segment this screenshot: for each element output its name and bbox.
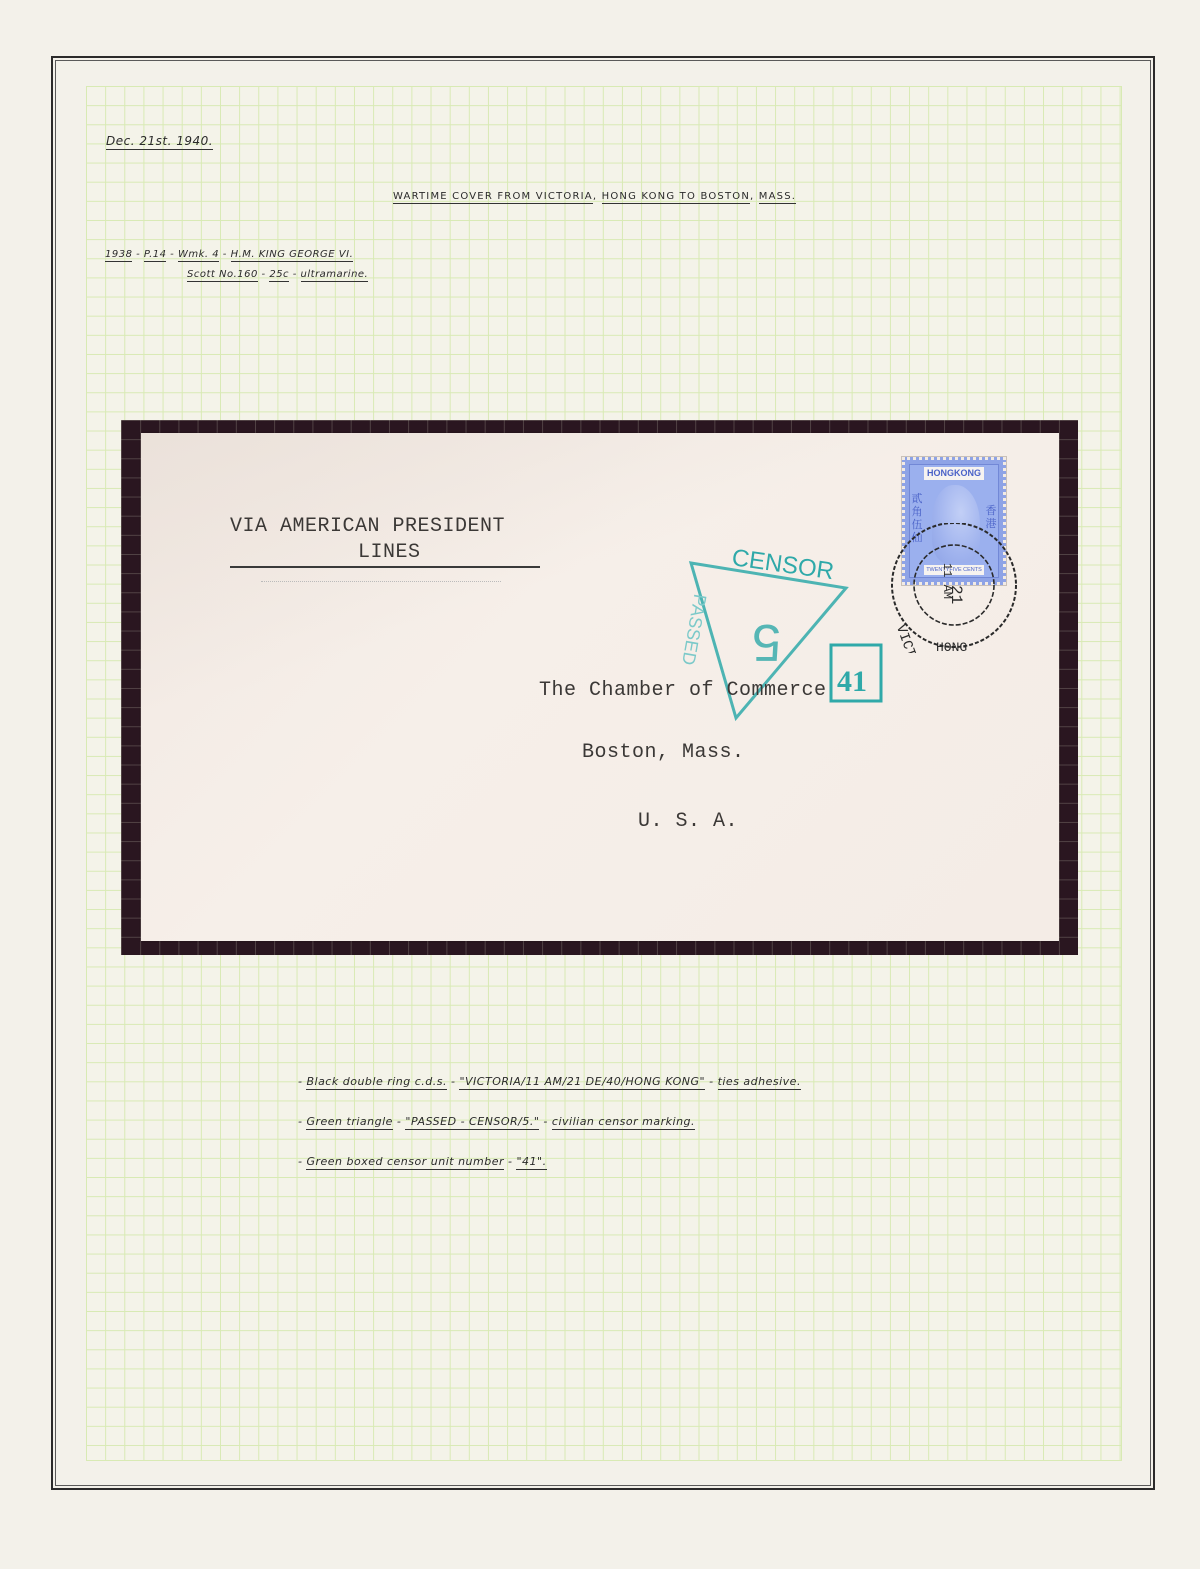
svg-text:PASSED: PASSED (678, 593, 710, 667)
title-part-2: HONG KONG TO BOSTON (602, 191, 750, 204)
address-line-3: U. S. A. (638, 810, 738, 833)
title-part-3: MASS. (759, 191, 796, 204)
svg-text:21: 21 (947, 585, 965, 604)
description-box-number: "41". (516, 1155, 546, 1170)
description-censor-box: - Green boxed censor unit number - "41". (298, 1155, 547, 1168)
title-part-1: WARTIME COVER FROM VICTORIA (393, 191, 593, 204)
description-box-type: Green boxed censor unit number (306, 1155, 504, 1170)
stamp-notes-line-1: 1938 - P.14 - Wmk. 4 - H.M. KING GEORGE … (105, 249, 353, 260)
note-color: ultramarine. (301, 269, 369, 282)
description-postmark-note: ties adhesive. (718, 1075, 801, 1090)
note-denomination: 25c (269, 269, 289, 282)
note-scott-number: Scott No.160 (187, 269, 258, 282)
postal-cover: VIA AMERICAN PRESIDENT LINES HONGKONG 貳 … (141, 433, 1059, 941)
description-censor-triangle: - Green triangle - "PASSED - CENSOR/5." … (298, 1115, 695, 1128)
description-triangle-type: Green triangle (306, 1115, 392, 1130)
stamp-right-char-1: 香 (985, 505, 997, 518)
stamp-left-char-1: 貳 (911, 493, 923, 506)
stamp-country: HONGKONG (924, 467, 984, 480)
address-line-1: The Chamber of Commerce (539, 679, 827, 702)
svg-text:41: 41 (837, 665, 867, 698)
censor-triangle-mark: CENSOR 5 PASSED 41 (671, 533, 911, 733)
note-watermark: Wmk. 4 (178, 249, 219, 262)
description-postmark-type: Black double ring c.d.s. (306, 1075, 447, 1090)
page-title: WARTIME COVER FROM VICTORIA, HONG KONG T… (393, 191, 796, 202)
routing-underline (230, 566, 540, 568)
svg-text:HONG: HONG (936, 640, 967, 653)
description-postmark-text: "VICTORIA/11 AM/21 DE/40/HONG KONG" (459, 1075, 705, 1090)
routing-line-1: VIA AMERICAN PRESIDENT (230, 515, 505, 538)
routing-line-2: LINES (358, 541, 421, 564)
stamp-notes-line-2: Scott No.160 - 25c - ultramarine. (187, 269, 368, 280)
date-text: Dec. 21st. 1940. (106, 134, 213, 150)
note-year: 1938 (105, 249, 132, 262)
note-perf: P.14 (144, 249, 167, 262)
routing-dotted-line (261, 581, 501, 583)
note-monarch: H.M. KING GEORGE VI. (231, 249, 354, 262)
description-postmark: - Black double ring c.d.s. - "VICTORIA/1… (298, 1075, 801, 1088)
description-triangle-note: civilian censor marking. (552, 1115, 695, 1130)
svg-text:5: 5 (752, 613, 781, 671)
date-note: Dec. 21st. 1940. (106, 134, 213, 148)
description-triangle-text: "PASSED - CENSOR/5." (405, 1115, 539, 1130)
address-line-2: Boston, Mass. (582, 741, 745, 764)
stamp-left-char-2: 角 (911, 506, 923, 519)
